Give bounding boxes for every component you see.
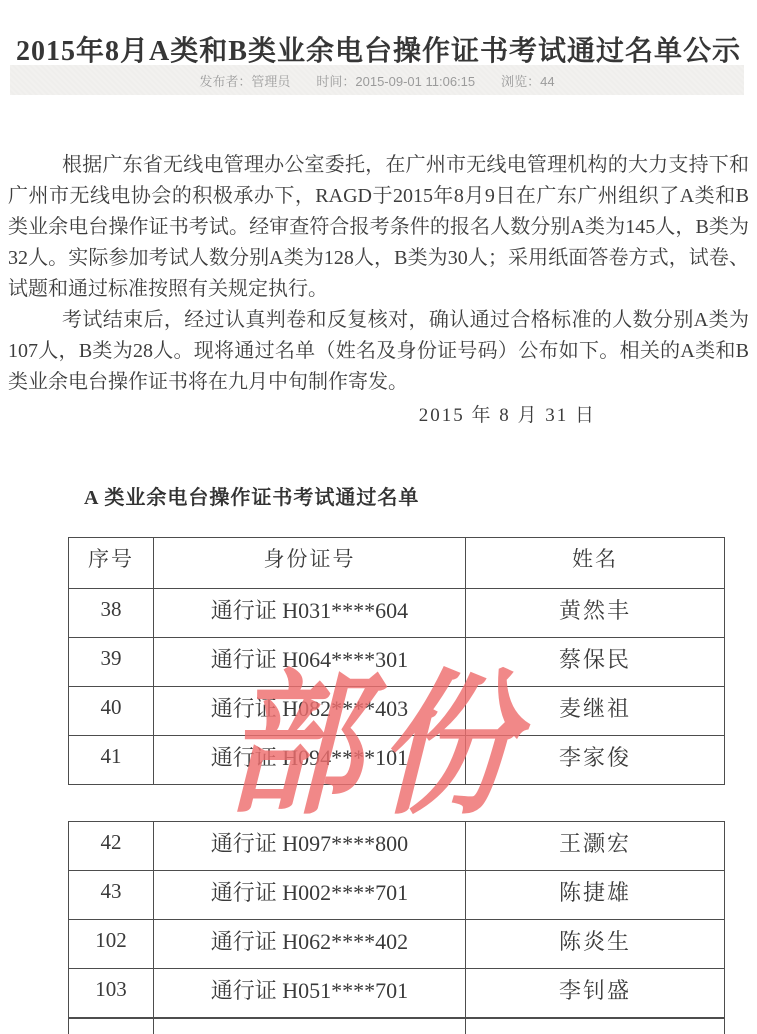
cell-name: 蔡保民 (465, 638, 724, 686)
table-row: 38 通行证 H031****604 黄然丰 (69, 588, 724, 637)
table-row-clipped (69, 1018, 724, 1034)
cell-id: 通行证 H094****101 (153, 736, 465, 784)
header-id: 身份证号 (153, 538, 465, 588)
table-row: 102 通行证 H062****402 陈炎生 (69, 920, 724, 969)
cell-name: 麦继祖 (465, 687, 724, 735)
date-line: 2015 年 8 月 31 日 (0, 400, 596, 427)
cell-id (153, 1019, 465, 1034)
meta-publisher: 发布者：管理员 (199, 71, 290, 90)
meta-views: 浏览：44 (501, 71, 554, 90)
cell-seq: 42 (69, 822, 153, 870)
cell-seq (69, 1019, 153, 1034)
cell-seq: 103 (69, 969, 153, 1017)
cell-name: 陈炎生 (465, 920, 724, 968)
section-heading: A 类业余电台操作证书考试通过名单 (84, 481, 419, 510)
header-seq: 序号 (69, 538, 153, 588)
paragraph-intro: 根据广东省无线电管理办公室委托，在广州市无线电管理机构的大力支持下和广州市无线电… (8, 150, 749, 305)
table-row: 42 通行证 H097****800 王灏宏 (69, 822, 724, 871)
cell-seq: 38 (69, 589, 153, 637)
pass-list-table-part2: 42 通行证 H097****800 王灏宏 43 通行证 H002****70… (68, 821, 725, 1034)
cell-id: 通行证 H097****800 (153, 822, 465, 870)
cell-name: 李钊盛 (465, 969, 724, 1017)
cell-name: 黄然丰 (465, 589, 724, 637)
cell-name: 王灏宏 (465, 822, 724, 870)
table-row: 103 通行证 H051****701 李钊盛 (69, 969, 724, 1018)
page-title: 2015年8月A类和B类业余电台操作证书考试通过名单公示 (0, 29, 757, 69)
paragraph-results: 考试结束后，经过认真判卷和反复核对，确认通过合格标准的人数分别A类为107人，B… (8, 305, 749, 398)
cell-name (465, 1019, 724, 1034)
table-header-row: 序号 身份证号 姓名 (69, 538, 724, 588)
cell-seq: 40 (69, 687, 153, 735)
cell-seq: 41 (69, 736, 153, 784)
cell-seq: 43 (69, 871, 153, 919)
cell-seq: 39 (69, 638, 153, 686)
cell-name: 陈捷雄 (465, 871, 724, 919)
article-body: 根据广东省无线电管理办公室委托，在广州市无线电管理机构的大力支持下和广州市无线电… (8, 150, 749, 398)
cell-id: 通行证 H082****403 (153, 687, 465, 735)
cell-id: 通行证 H002****701 (153, 871, 465, 919)
meta-time: 时间：2015-09-01 11:06:15 (316, 71, 475, 90)
cell-seq: 102 (69, 920, 153, 968)
pass-list-table-part1: 序号 身份证号 姓名 38 通行证 H031****604 黄然丰 39 通行证… (68, 537, 725, 785)
cell-id: 通行证 H051****701 (153, 969, 465, 1017)
cell-name: 李家俊 (465, 736, 724, 784)
header-name: 姓名 (465, 538, 724, 588)
article-meta-bar: 发布者：管理员 时间：2015-09-01 11:06:15 浏览：44 (10, 65, 744, 95)
cell-id: 通行证 H062****402 (153, 920, 465, 968)
cell-id: 通行证 H064****301 (153, 638, 465, 686)
table-row: 39 通行证 H064****301 蔡保民 (69, 637, 724, 686)
table-row: 41 通行证 H094****101 李家俊 (69, 735, 724, 784)
table-row: 43 通行证 H002****701 陈捷雄 (69, 871, 724, 920)
cell-id: 通行证 H031****604 (153, 589, 465, 637)
table-row: 40 通行证 H082****403 麦继祖 (69, 686, 724, 735)
